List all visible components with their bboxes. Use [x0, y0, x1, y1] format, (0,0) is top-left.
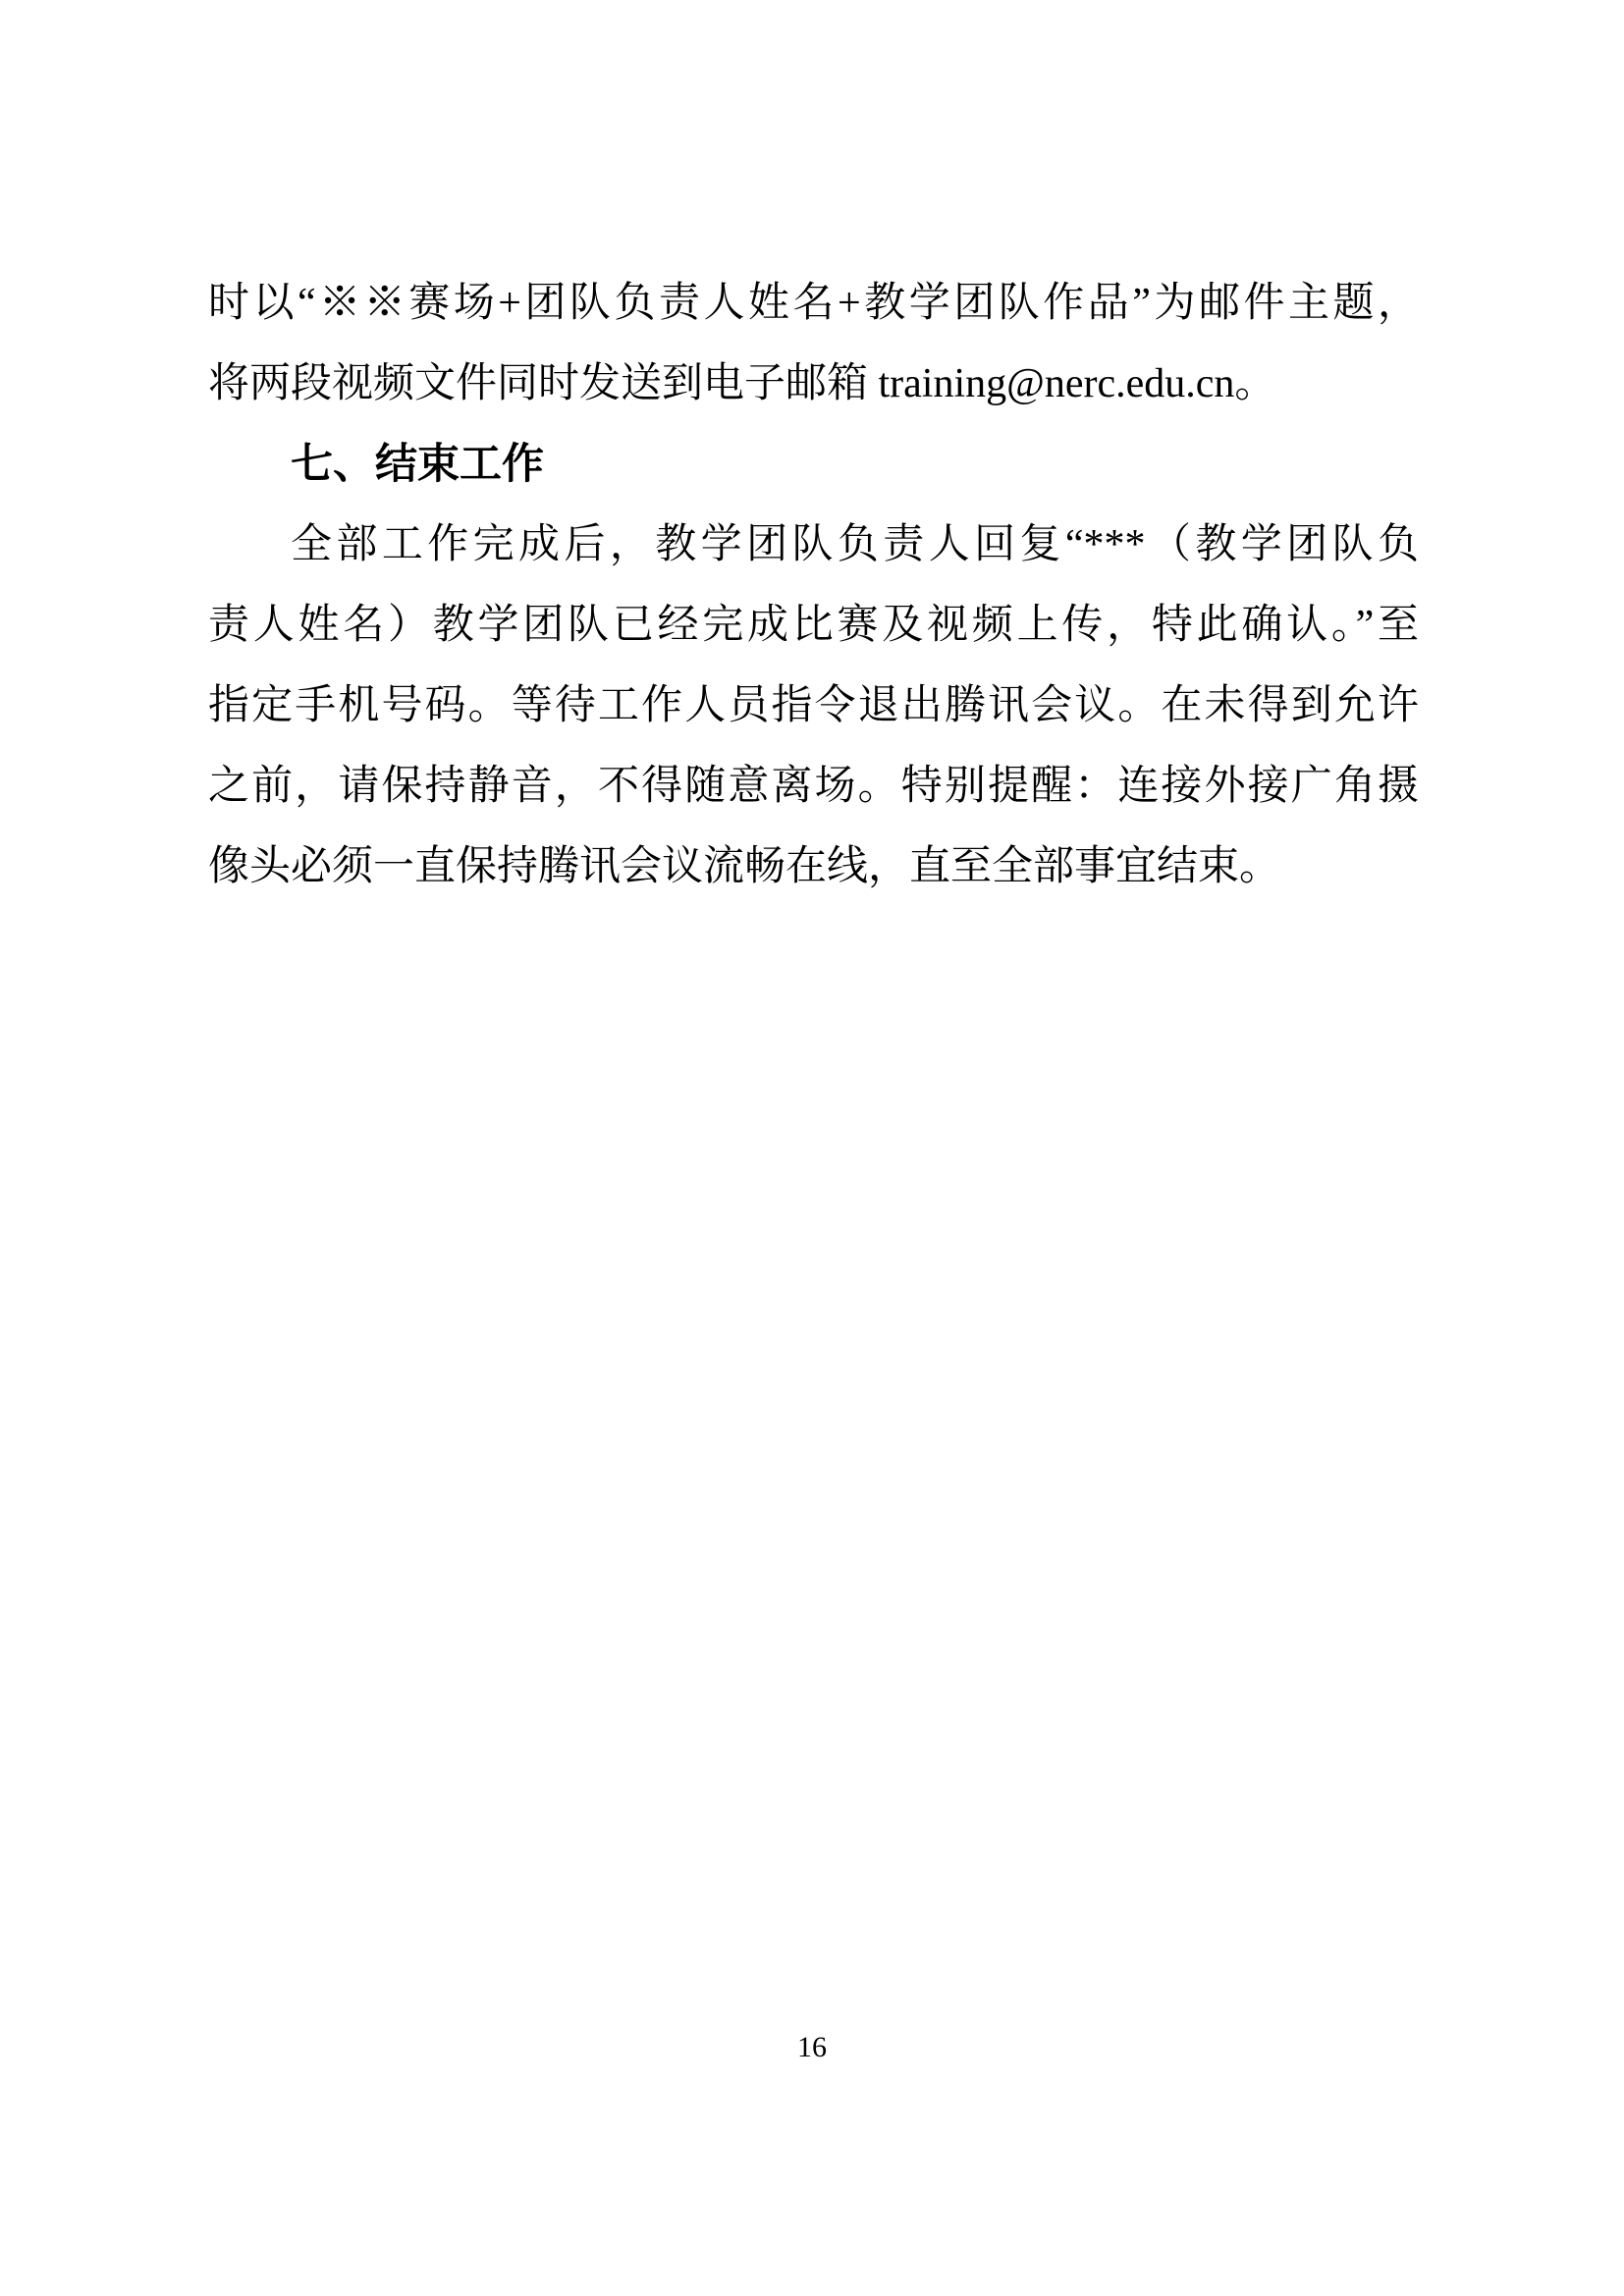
- text-block: 时以“※※赛场+团队负责人姓名+教学团队作品”为邮件主题， 将两段视频文件同时发…: [208, 263, 1419, 907]
- document-page: 时以“※※赛场+团队负责人姓名+教学团队作品”为邮件主题， 将两段视频文件同时发…: [0, 0, 1624, 2296]
- body-line: 全部工作完成后，教学团队负责人回复“***（教学团队负: [208, 505, 1419, 585]
- body-line: 之前，请保持静音，不得随意离场。特别提醒：连接外接广角摄: [208, 746, 1419, 827]
- section-heading: 七、结束工作: [208, 424, 1419, 505]
- page-number: 16: [0, 2030, 1624, 2065]
- body-line: 像头必须一直保持腾讯会议流畅在线，直至全部事宜结束。: [208, 827, 1419, 907]
- body-line: 将两段视频文件同时发送到电子邮箱 training@nerc.edu.cn。: [208, 344, 1419, 424]
- body-line: 责人姓名）教学团队已经完成比赛及视频上传，特此确认。”至: [208, 585, 1419, 666]
- body-line: 指定手机号码。等待工作人员指令退出腾讯会议。在未得到允许: [208, 666, 1419, 746]
- body-line: 时以“※※赛场+团队负责人姓名+教学团队作品”为邮件主题，: [208, 263, 1419, 344]
